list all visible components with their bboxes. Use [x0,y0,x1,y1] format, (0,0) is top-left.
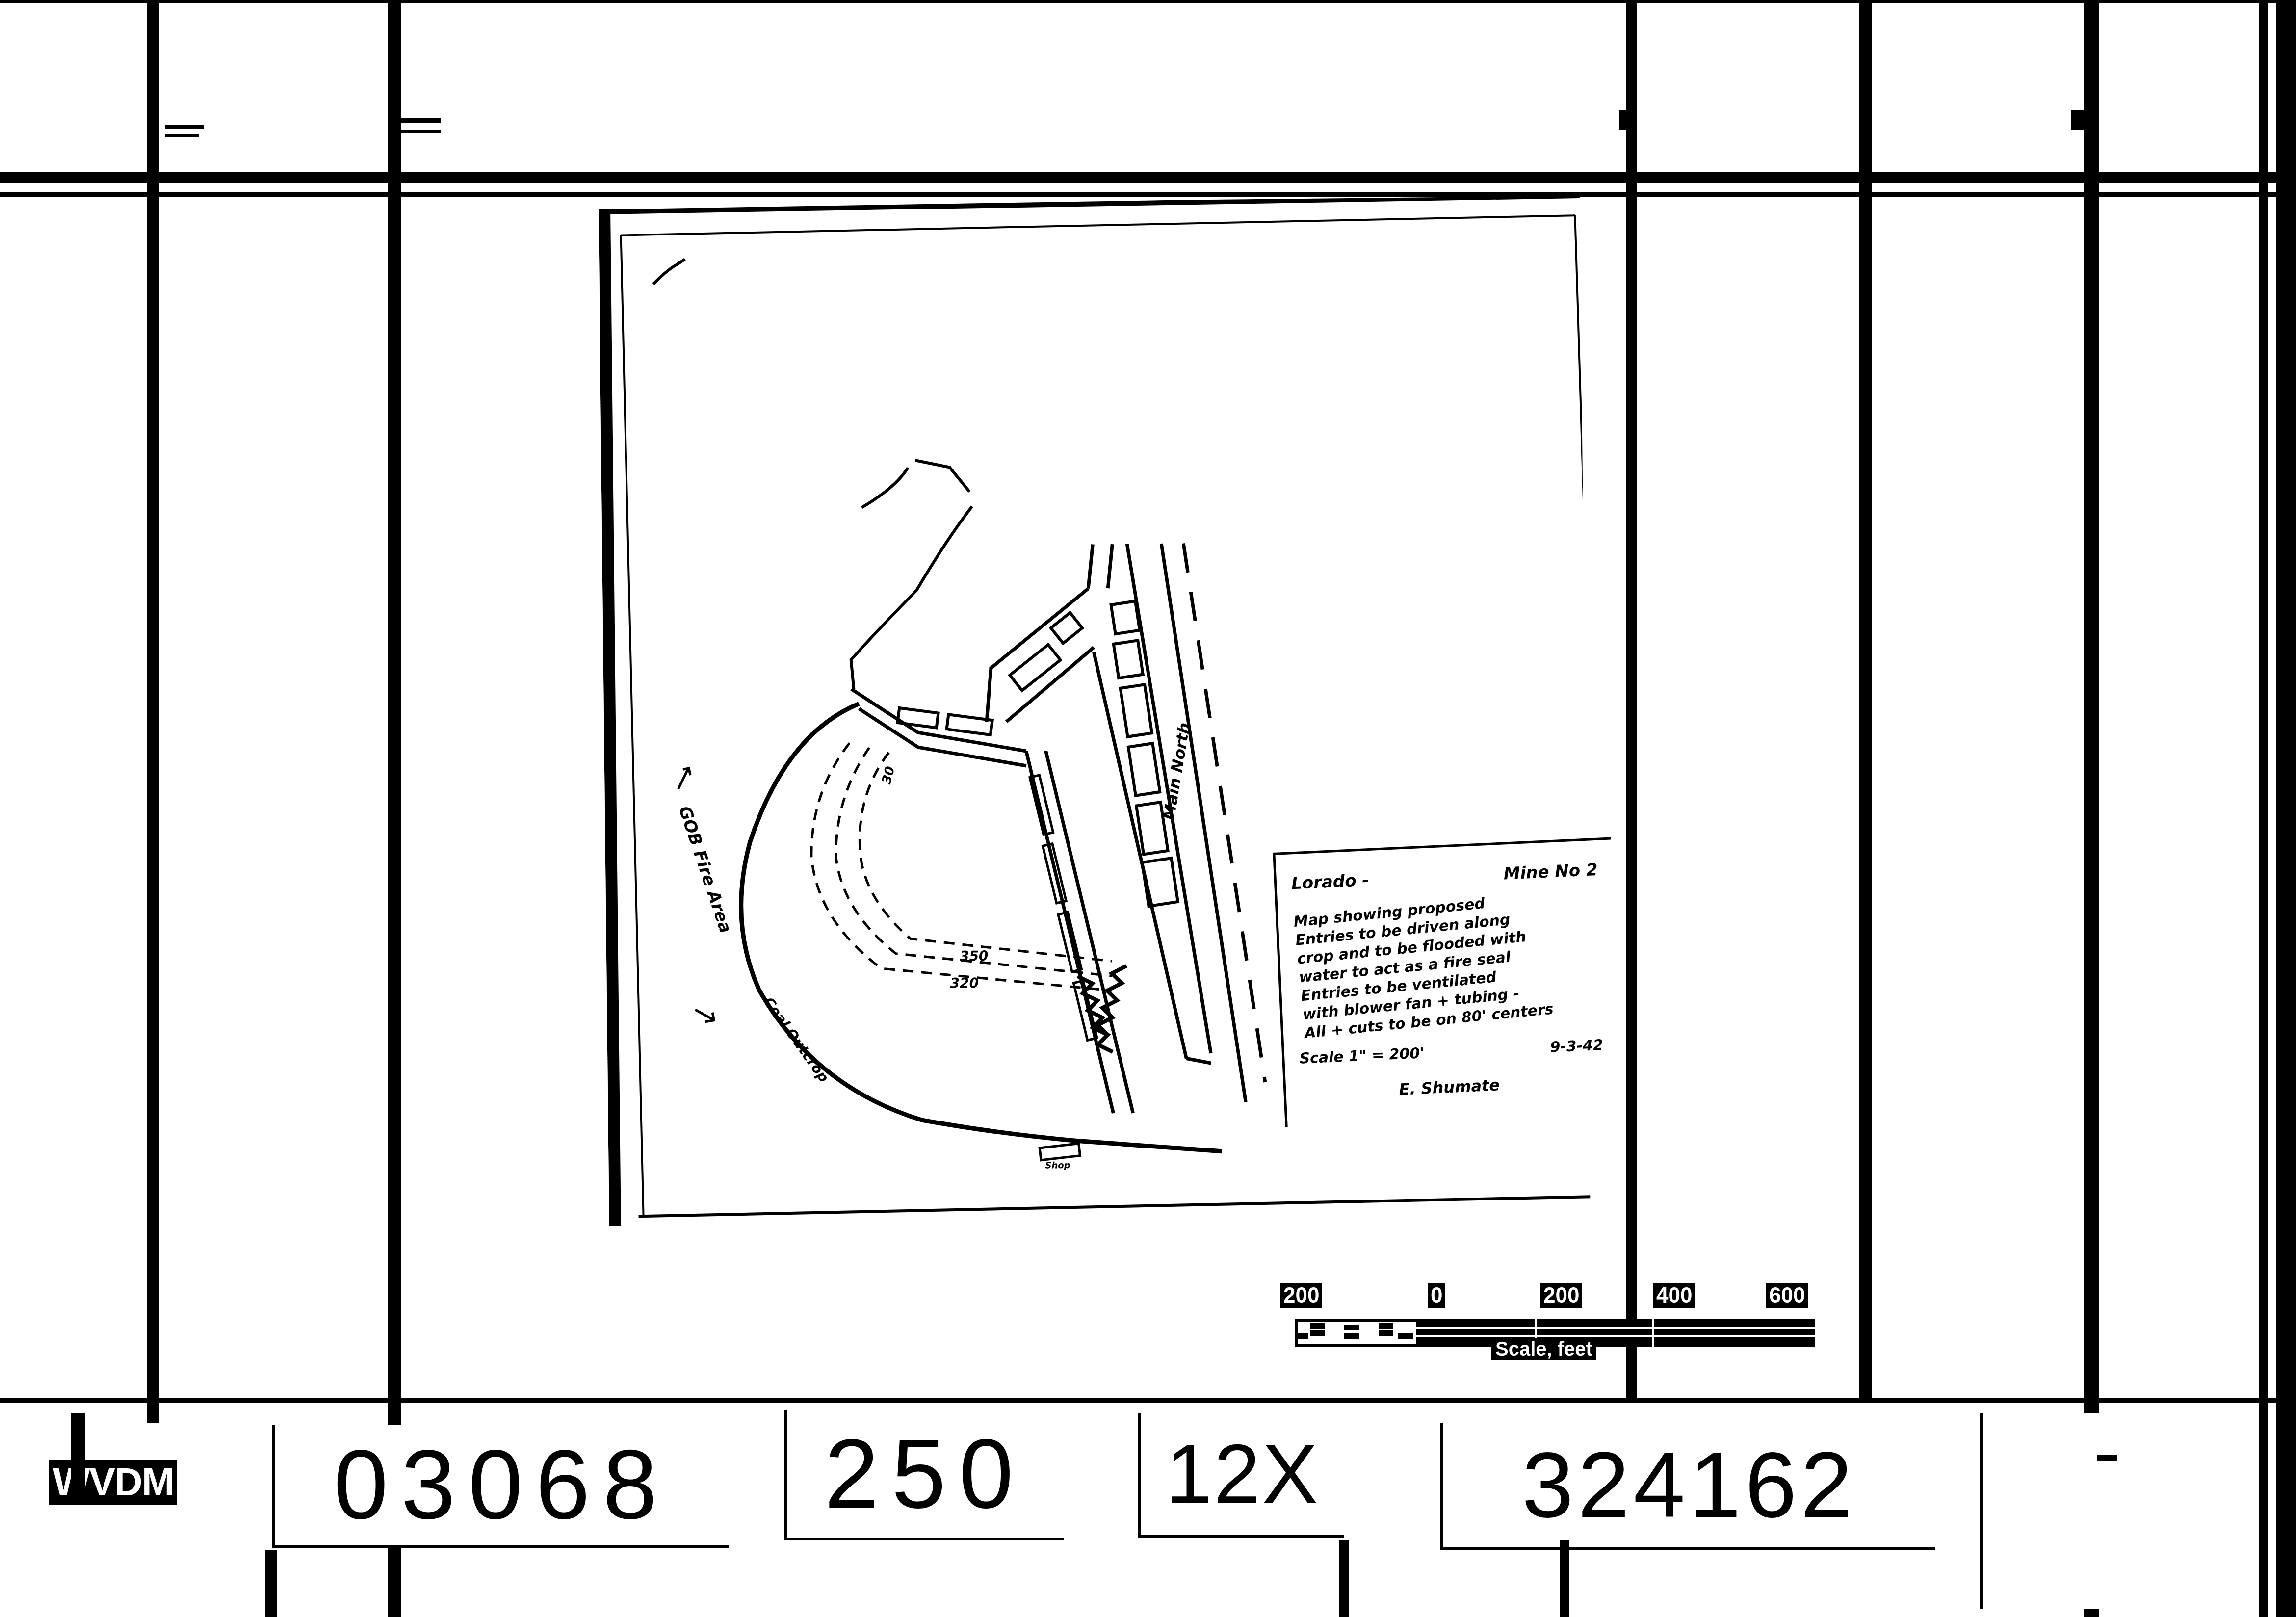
legend-mine: Mine No 2 [1503,860,1598,884]
film-frame-bar [265,1550,277,1617]
scale-tick: 0 [1428,1283,1445,1308]
film-frame-line [0,192,2276,197]
film-frame-line [0,1398,2296,1403]
film-tick-mark [165,125,204,129]
map-legend: Lorado - Mine No 2 Map showing proposed … [1273,837,1623,1127]
film-notch [1619,110,1637,130]
film-frame-line [0,0,2296,3]
film-notch [2071,110,2091,130]
legend-description: Map showing proposed Entries to be drive… [1293,883,1611,1043]
film-tick-mark [165,134,199,137]
film-frame-bar [1560,1540,1569,1617]
film-frame-bar [1626,0,1637,1403]
label-notch [2097,1455,2117,1461]
label-entry-320: 320 [950,975,979,991]
film-frame-bar [1859,0,1872,1403]
film-frame-bar [388,0,401,1617]
film-tick-mark [401,130,441,133]
scale-tick: 400 [1653,1283,1695,1308]
scale-tick: 200 [1540,1283,1582,1308]
label-separator [71,1413,85,1501]
scale-tick: 200 [1280,1283,1322,1308]
label-magnification: 12X [1138,1413,1344,1538]
label-reduction: 250 [784,1410,1064,1540]
film-frame-bar [2259,0,2268,1617]
label-entry-350: 350 [960,948,989,965]
archive-prefix: WVDM [49,1460,177,1505]
film-tick-mark [401,118,441,123]
legend-footer: Scale 1" = 200' 9-3-42 [1299,1037,1604,1068]
label-shop: Shop [1045,1160,1070,1171]
film-frame-line [0,172,2276,183]
legend-author: E. Shumate [1399,1075,1500,1098]
film-frame-bar [1339,1540,1349,1617]
label-frame-number: 324162 [1440,1423,1935,1550]
map-sheet: GOB Fire Area Coal Outcrop Main North 35… [599,196,1591,1226]
label-document-number: 03068 [272,1425,729,1548]
legend-date: 9-3-42 [1550,1037,1604,1056]
label-blank-field [1980,1413,2107,1609]
scale-tick: 600 [1766,1283,1808,1308]
scale-bar: 200 0 200 400 600 Scale, feet [1280,1280,1825,1364]
film-frame-bar [2084,0,2099,1617]
scale-caption: Scale, feet [1491,1338,1596,1360]
legend-scale: Scale 1" = 200' [1299,1044,1425,1068]
film-frame-bar [147,0,159,1423]
legend-place: Lorado - [1291,870,1369,893]
film-frame-bar [2276,0,2296,1617]
